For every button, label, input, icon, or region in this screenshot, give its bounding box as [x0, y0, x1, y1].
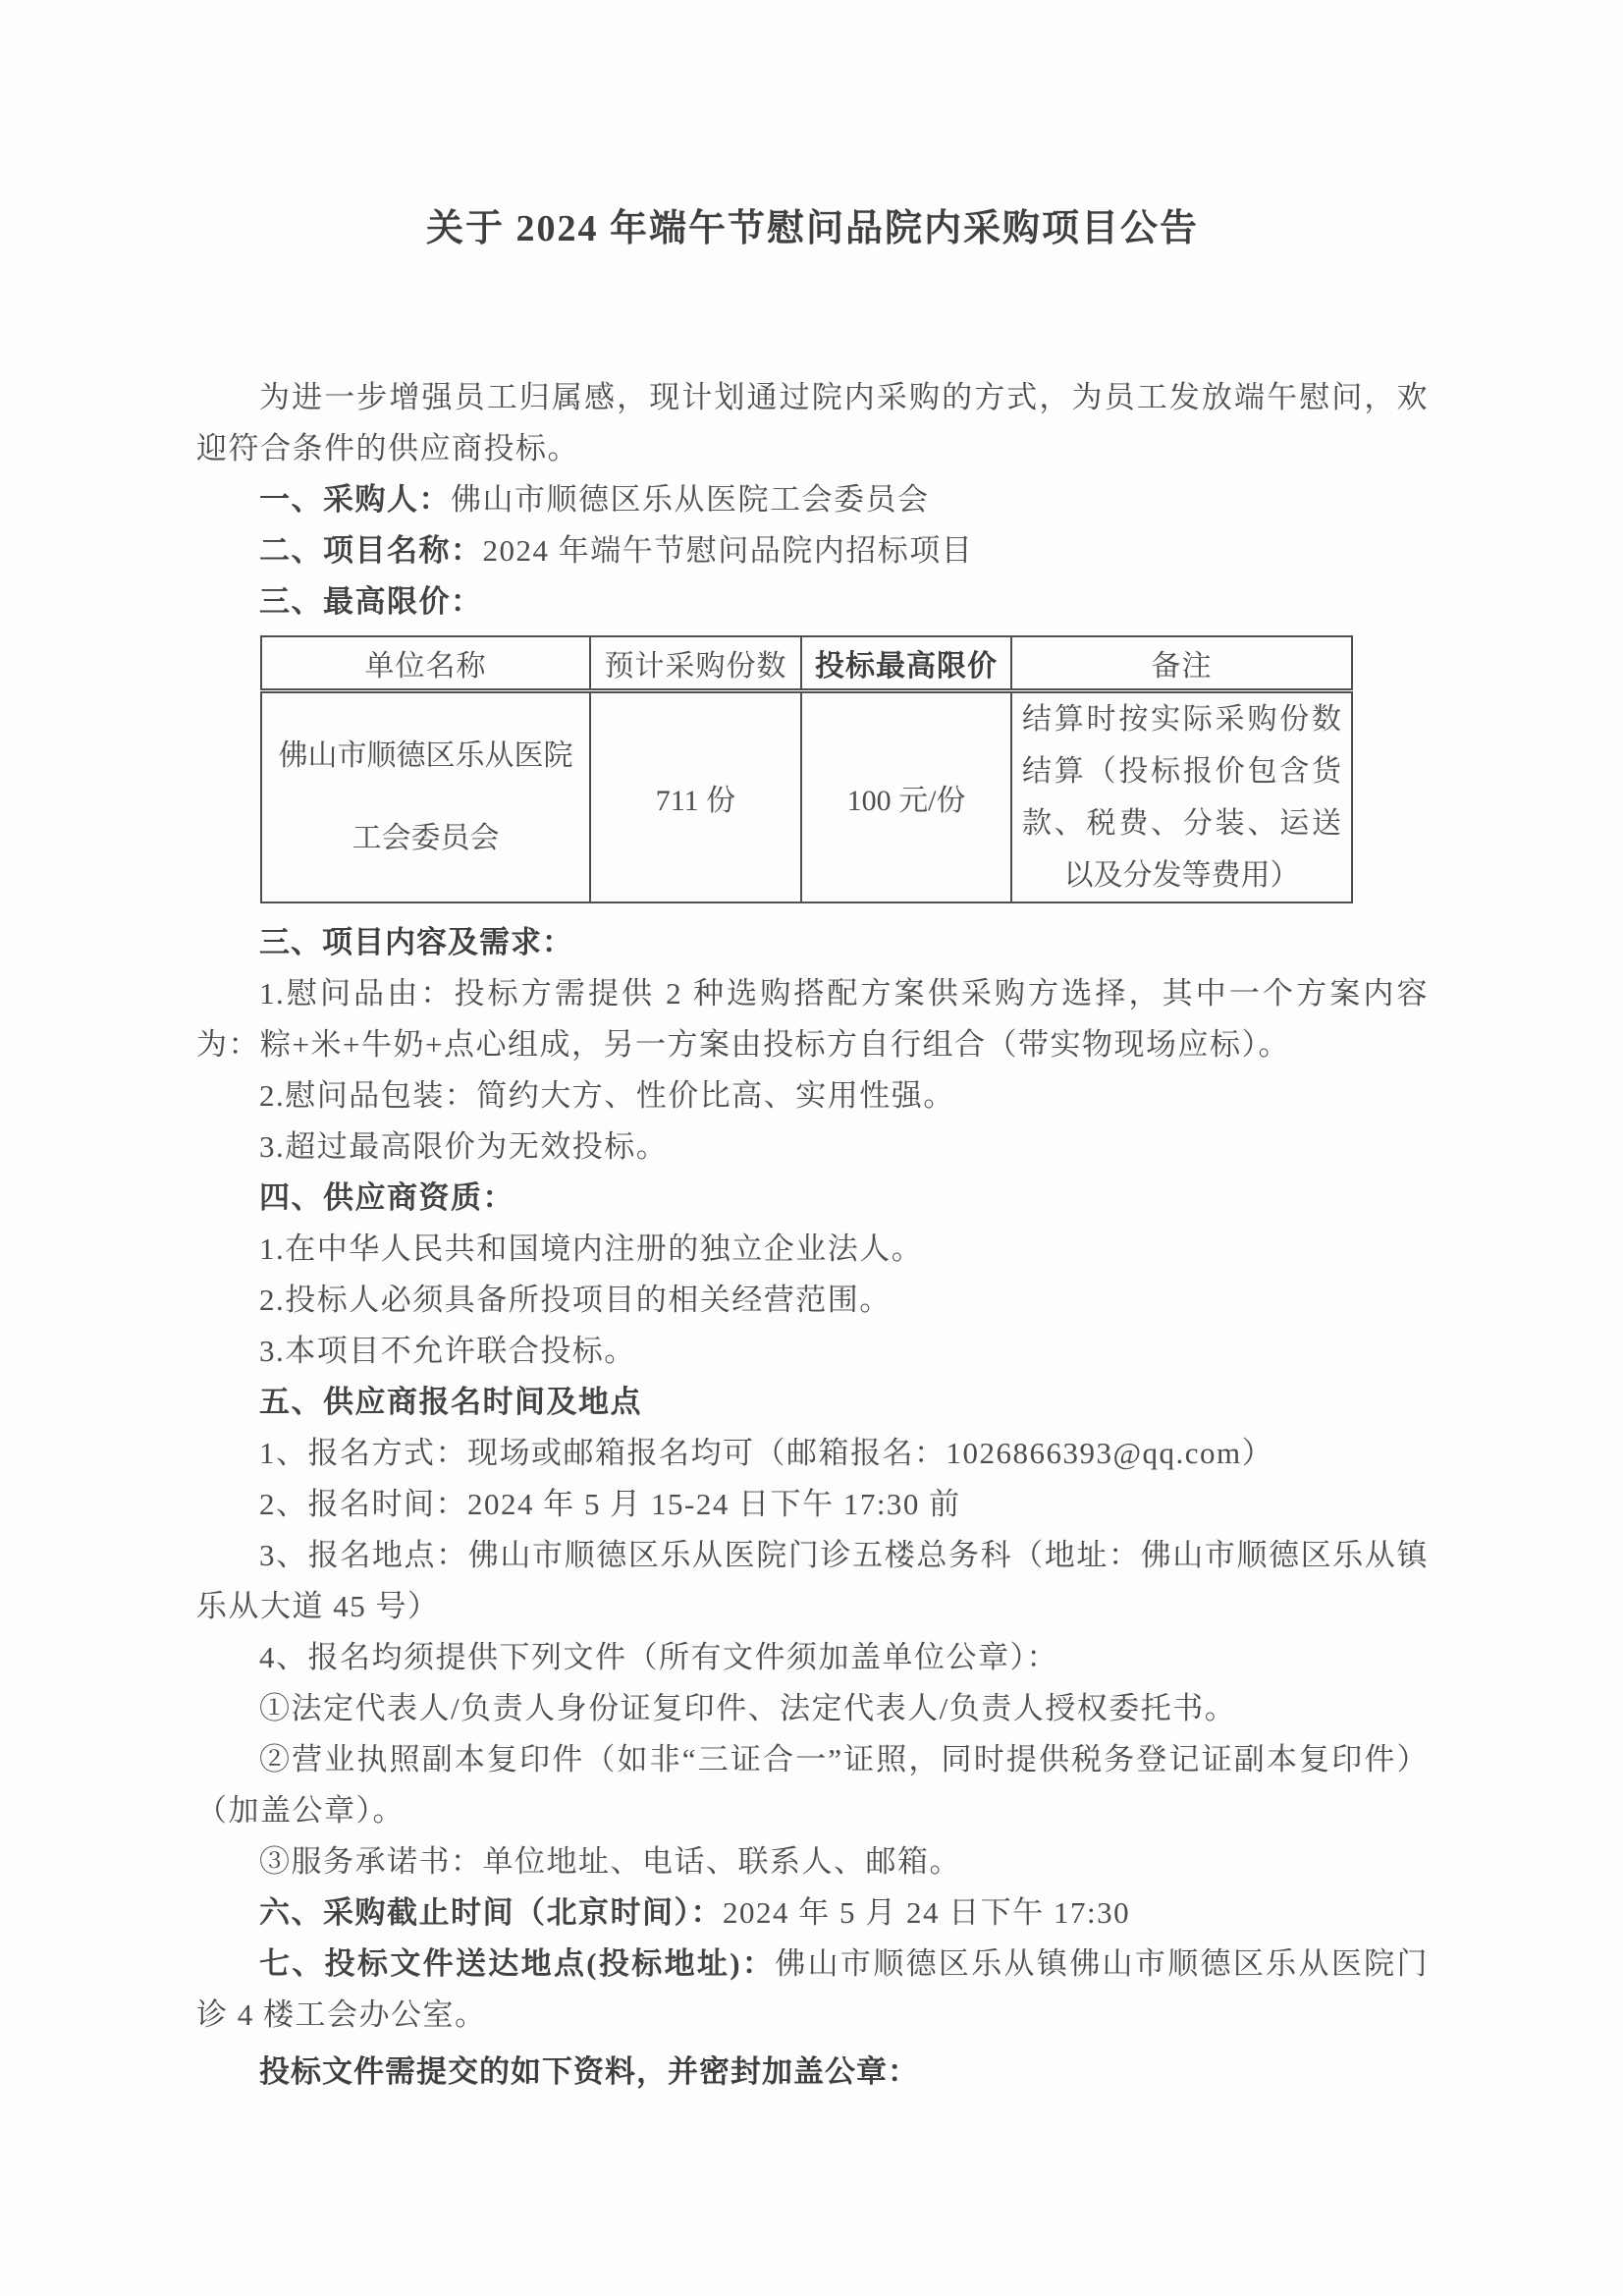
price-cap-label: 三、最高限价： [259, 584, 483, 619]
registration-item: 1、报名方式：现场或邮箱报名均可（邮箱报名：1026866393@qq.com） [196, 1428, 1429, 1479]
delivery-address-line: 七、投标文件送达地点(投标地址)：佛山市顺德区乐从镇佛山市顺德区乐从医院门诊 4… [196, 1939, 1429, 2041]
section-supplier-qualifications-heading: 四、供应商资质： [196, 1173, 1429, 1224]
purchaser-value: 佛山市顺德区乐从医院工会委员会 [451, 482, 930, 517]
col-header-remark: 备注 [1011, 636, 1352, 690]
deadline-line: 六、采购截止时间（北京时间）：2024 年 5 月 24 日下午 17:30 [196, 1887, 1429, 1939]
price-cap-line: 三、最高限价： [196, 576, 1429, 628]
price-table-row: 佛山市顺德区乐从医院工会委员会 711 份 100 元/份 结算时按实际采购份数… [261, 690, 1352, 902]
delivery-address-label: 七、投标文件送达地点(投标地址)： [259, 1946, 775, 1981]
registration-required-doc-item: ①法定代表人/负责人身份证复印件、法定代表人/负责人授权委托书。 [196, 1683, 1429, 1734]
registration-required-doc-item: ②营业执照副本复印件（如非“三证合一”证照，同时提供税务登记证副本复印件）（加盖… [196, 1734, 1429, 1836]
registration-required-doc-item: ③服务承诺书：单位地址、电话、联系人、邮箱。 [196, 1836, 1429, 1887]
registration-item: 3、报名地点：佛山市顺德区乐从医院门诊五楼总务科（地址：佛山市顺德区乐从镇乐从大… [196, 1530, 1429, 1632]
cell-estimated-quantity: 711 份 [590, 690, 801, 902]
page-title: 关于 2024 年端午节慰问品院内采购项目公告 [196, 201, 1429, 256]
purchaser-line: 一、采购人：佛山市顺德区乐从医院工会委员会 [196, 474, 1429, 525]
supplier-qualification-item: 1.在中华人民共和国境内注册的独立企业法人。 [196, 1224, 1429, 1275]
content-requirement-item: 2.慰问品包装：简约大方、性价比高、实用性强。 [196, 1070, 1429, 1121]
deadline-value: 2024 年 5 月 24 日下午 17:30 [723, 1895, 1130, 1930]
project-name-line: 二、项目名称：2024 年端午节慰问品院内招标项目 [196, 525, 1429, 576]
col-header-estimated-quantity: 预计采购份数 [590, 636, 801, 690]
registration-item: 2、报名时间：2024 年 5 月 15-24 日下午 17:30 前 [196, 1479, 1429, 1530]
section-registration-heading: 五、供应商报名时间及地点 [196, 1377, 1429, 1428]
supplier-qualification-item: 2.投标人必须具备所投项目的相关经营范围。 [196, 1275, 1429, 1326]
project-name-label: 二、项目名称： [259, 533, 483, 568]
intro-paragraph: 为进一步增强员工归属感，现计划通过院内采购的方式，为员工发放端午慰问，欢迎符合条… [196, 372, 1429, 474]
col-header-unit-name: 单位名称 [261, 636, 590, 690]
deadline-label: 六、采购截止时间（北京时间）： [259, 1895, 723, 1930]
content-requirement-item: 1.慰问品由：投标方需提供 2 种选购搭配方案供采购方选择，其中一个方案内容为：… [196, 968, 1429, 1070]
cell-remark: 结算时按实际采购份数结算（投标报价包含货款、税费、分装、运送以及分发等费用） [1011, 690, 1352, 902]
cell-unit-name: 佛山市顺德区乐从医院工会委员会 [261, 690, 590, 902]
col-header-bid-max-price: 投标最高限价 [801, 636, 1011, 690]
section-content-requirements-heading: 三、项目内容及需求： [196, 917, 1429, 968]
purchaser-label: 一、采购人： [259, 482, 451, 517]
price-table: 单位名称 预计采购份数 投标最高限价 备注 佛山市顺德区乐从医院工会委员会 71… [260, 635, 1353, 903]
content-requirement-item: 3.超过最高限价为无效投标。 [196, 1121, 1429, 1173]
cell-bid-max-price: 100 元/份 [801, 690, 1011, 902]
supplier-qualification-item: 3.本项目不允许联合投标。 [196, 1326, 1429, 1377]
price-table-header-row: 单位名称 预计采购份数 投标最高限价 备注 [261, 636, 1352, 690]
scanned-announcement-page: 关于 2024 年端午节慰问品院内采购项目公告 为进一步增强员工归属感，现计划通… [0, 0, 1623, 2296]
project-name-value: 2024 年端午节慰问品院内招标项目 [483, 533, 974, 568]
footer-submission-note: 投标文件需提交的如下资料，并密封加盖公章： [196, 2047, 1429, 2098]
registration-item: 4、报名均须提供下列文件（所有文件须加盖单位公章）： [196, 1632, 1429, 1683]
